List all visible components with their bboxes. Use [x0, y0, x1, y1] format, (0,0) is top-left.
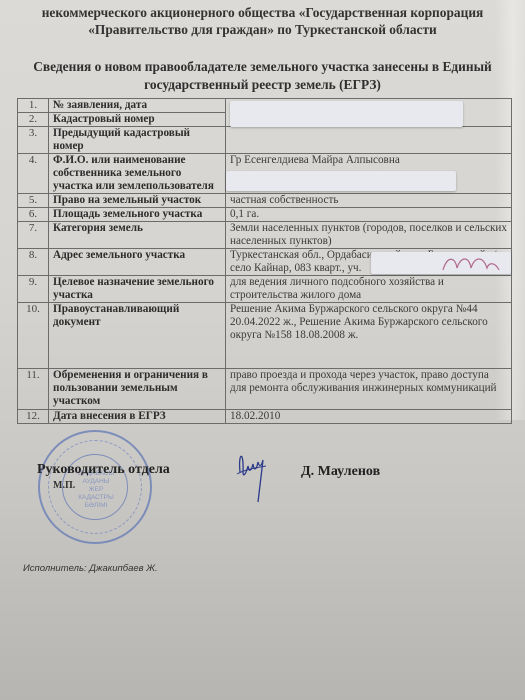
signatory-name: Д. Мауленов: [301, 464, 380, 480]
table-row: 1. № заявления, дата: [18, 99, 512, 113]
row-number: 10.: [18, 303, 49, 369]
row-value: [226, 127, 512, 154]
table-row: 11. Обременения и ограничения в пользова…: [18, 369, 512, 410]
executor-note: Исполнитель: Джакипбаев Ж.: [23, 563, 158, 574]
table-row: 5. Право на земельный участок частная со…: [18, 194, 512, 208]
redaction-sticker: [226, 171, 456, 191]
table-row: 4. Ф.И.О. или наименование собственника …: [18, 154, 512, 194]
registry-table: 1. № заявления, дата 2. Кадастровый номе…: [17, 98, 512, 424]
redaction-sticker: [230, 101, 463, 127]
row-number: 6.: [18, 208, 49, 222]
row-number: 9.: [18, 276, 49, 303]
table-row: 6. Площадь земельного участка 0,1 га.: [18, 208, 512, 222]
row-value: Решение Акима Буржарского сельского окру…: [226, 303, 512, 369]
row-value-address: Туркестанская обл., Ордабасинский р-н., …: [226, 249, 512, 276]
row-label: Обременения и ограничения в пользовании …: [49, 369, 226, 410]
row-number: 11.: [18, 369, 49, 410]
issuer-header: некоммерческого акционерного общества «Г…: [0, 0, 525, 38]
table-row: 8. Адрес земельного участка Туркестанска…: [18, 249, 512, 276]
table-row: 9. Целевое назначение земельного участка…: [18, 276, 512, 303]
issuer-line-1: некоммерческого акционерного общества «Г…: [0, 4, 525, 21]
row-value: Земли населенных пунктов (городов, посел…: [226, 222, 512, 249]
row-number: 7.: [18, 222, 49, 249]
row-label: Предыдущий кадастровый номер: [49, 127, 226, 154]
row-label: Адрес земельного участка: [49, 249, 226, 276]
table-row: 3. Предыдущий кадастровый номер: [18, 127, 512, 154]
row-number: 4.: [18, 154, 49, 194]
row-number: 5.: [18, 194, 49, 208]
redaction-sticker: [371, 252, 511, 274]
row-label: Право на земельный участок: [49, 194, 226, 208]
row-label: Целевое назначение земельного участка: [49, 276, 226, 303]
handwritten-signature-icon: [234, 442, 274, 512]
title-line-2: государственный реестр земель (ЕГРЗ): [0, 76, 525, 94]
document-title: Сведения о новом правообладателе земельн…: [0, 58, 525, 94]
title-line-1: Сведения о новом правообладателе земельн…: [0, 58, 525, 76]
row-number: 1.: [18, 99, 49, 113]
row-value: для ведения личного подсобного хозяйства…: [226, 276, 512, 303]
row-number: 8.: [18, 249, 49, 276]
table-row: 10. Правоустанавливающий документ Решени…: [18, 303, 512, 369]
row-value: частная собственность: [226, 194, 512, 208]
owner-name: Гр Есенгелдиева Майра Алпысовна: [230, 154, 400, 166]
issuer-line-2: «Правительство для граждан» по Туркестан…: [0, 21, 525, 38]
seal-mark: М.П.: [53, 480, 75, 491]
row-number: 3.: [18, 127, 49, 154]
signature-block: ОРДАБАСЫ АУДАНЫ ЖЕР КАДАСТРЫ БӨЛІМІ Руко…: [0, 420, 525, 540]
row-value: право проезда и прохода через участок, п…: [226, 369, 512, 410]
row-label: Категория земель: [49, 222, 226, 249]
row-number: 2.: [18, 113, 49, 127]
row-label: Правоустанавливающий документ: [49, 303, 226, 369]
row-value: 0,1 га.: [226, 208, 512, 222]
row-value-redacted: [226, 99, 512, 127]
table-row: 7. Категория земель Земли населенных пун…: [18, 222, 512, 249]
scribble-icon: [371, 252, 511, 274]
row-label: Кадастровый номер: [49, 113, 226, 127]
signatory-role: Руководитель отдела: [37, 462, 170, 478]
row-value-owner: Гр Есенгелдиева Майра Алпысовна: [226, 154, 512, 194]
row-label: № заявления, дата: [49, 99, 226, 113]
row-label: Площадь земельного участка: [49, 208, 226, 222]
row-label: Ф.И.О. или наименование собственника зем…: [49, 154, 226, 194]
